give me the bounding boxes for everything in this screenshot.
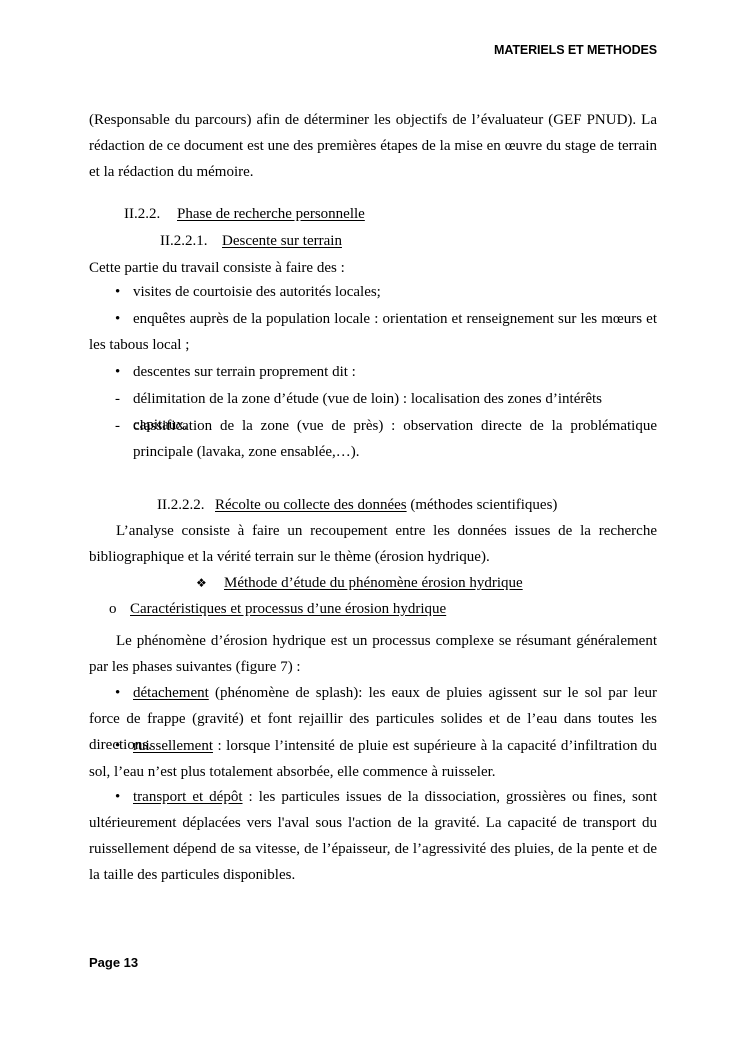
- heading-ii-2-2-2: II.2.2.2.Récolte ou collecte des données…: [157, 492, 557, 518]
- dash-icon: -: [115, 386, 133, 412]
- dash-item-classification: -classification de la zone (vue de près)…: [89, 413, 657, 465]
- heading-title: Phase de recherche personnelle: [177, 206, 365, 222]
- bullet-icon: •: [115, 306, 133, 332]
- diamond-bullet-icon: ❖: [196, 570, 224, 596]
- dash-text: classification de la zone (vue de près) …: [133, 418, 657, 460]
- heading-title: Récolte ou collecte des données: [215, 497, 407, 513]
- paragraph-cette-partie: Cette partie du travail consiste à faire…: [89, 255, 657, 281]
- paragraph-phenomene: Le phénomène d’érosion hydrique est un p…: [89, 628, 657, 680]
- bullet-item-descentes: •descentes sur terrain proprement dit :: [89, 359, 657, 385]
- heading-suffix: (méthodes scientifiques): [407, 497, 558, 513]
- bullet-icon: •: [115, 279, 133, 305]
- bullet-text: enquêtes auprès de la population locale …: [89, 311, 657, 353]
- heading-title: Descente sur terrain: [222, 233, 342, 249]
- bullet-item-enquetes: •enquêtes auprès de la population locale…: [89, 306, 657, 358]
- bullet-icon: •: [115, 359, 133, 385]
- bullet-icon: •: [115, 733, 133, 759]
- diamond-list-item: ❖Méthode d’étude du phénomène érosion hy…: [196, 570, 523, 596]
- page-number: Page 13: [89, 955, 138, 970]
- paragraph-intro: (Responsable du parcours) afin de déterm…: [89, 107, 657, 185]
- running-header: MATERIELS ET METHODES: [494, 43, 657, 58]
- heading-number: II.2.2.: [124, 201, 177, 227]
- heading-ii-2-2-1: II.2.2.1.Descente sur terrain: [160, 228, 342, 254]
- bullet-item-ruissellement: •ruissellement : lorsque l’intensité de …: [89, 733, 657, 785]
- bullet-icon: •: [115, 680, 133, 706]
- heading-ii-2-2: II.2.2.Phase de recherche personnelle: [124, 201, 365, 227]
- bullet-text: visites de courtoisie des autorités loca…: [133, 284, 381, 300]
- bullet-icon: •: [115, 784, 133, 810]
- paragraph-analyse: L’analyse consiste à faire un recoupemen…: [89, 518, 657, 570]
- bullet-text: descentes sur terrain proprement dit :: [133, 364, 356, 380]
- circle-bullet-icon: o: [109, 596, 130, 622]
- heading-number: II.2.2.1.: [160, 228, 222, 254]
- document-page: MATERIELS ET METHODES (Responsable du pa…: [0, 0, 745, 1053]
- bullet-term: transport et dépôt: [133, 789, 243, 805]
- circle-item-text: Caractéristiques et processus d’une éros…: [130, 601, 446, 617]
- heading-number: II.2.2.2.: [157, 492, 215, 518]
- bullet-term: ruissellement: [133, 738, 213, 754]
- bullet-item-visites: •visites de courtoisie des autorités loc…: [89, 279, 657, 305]
- bullet-term: détachement: [133, 685, 209, 701]
- diamond-item-text: Méthode d’étude du phénomène érosion hyd…: [224, 575, 523, 591]
- bullet-item-transport: •transport et dépôt : les particules iss…: [89, 784, 657, 888]
- circle-list-item: oCaractéristiques et processus d’une éro…: [109, 596, 446, 622]
- dash-icon: -: [115, 413, 133, 439]
